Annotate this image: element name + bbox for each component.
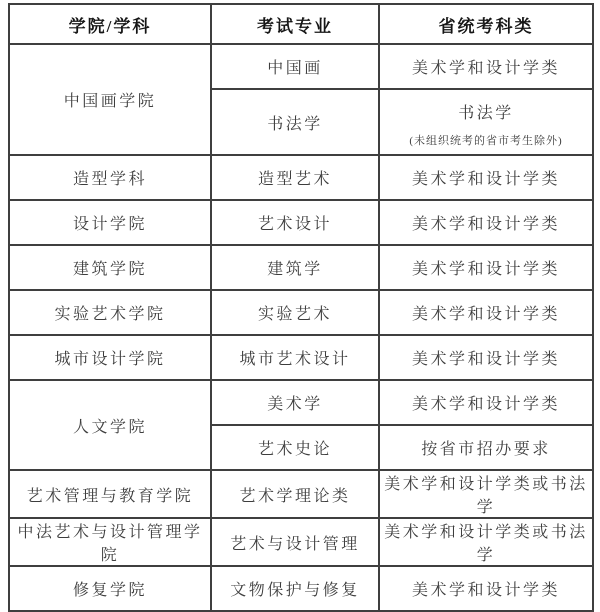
major-cell: 艺术与设计管理 — [211, 518, 379, 566]
table-row: 艺术管理与教育学院 艺术学理论类 美术学和设计学类或书法学 — [9, 470, 593, 518]
category-cell: 美术学和设计学类 — [379, 290, 593, 335]
college-cell: 中法艺术与设计管理学院 — [9, 518, 211, 566]
header-row: 学院/学科 考试专业 省统考科类 — [9, 4, 593, 44]
major-cell: 书法学 — [211, 89, 379, 155]
major-cell: 美术学 — [211, 380, 379, 425]
category-cell: 美术学和设计学类 — [379, 44, 593, 89]
college-cell: 建筑学院 — [9, 245, 211, 290]
category-cell: 按省市招办要求 — [379, 425, 593, 470]
table-row: 造型学科 造型艺术 美术学和设计学类 — [9, 155, 593, 200]
major-cell: 艺术史论 — [211, 425, 379, 470]
college-cell: 实验艺术学院 — [9, 290, 211, 335]
table-row: 实验艺术学院 实验艺术 美术学和设计学类 — [9, 290, 593, 335]
major-cell: 艺术学理论类 — [211, 470, 379, 518]
col-header-college: 学院/学科 — [9, 4, 211, 44]
table-row: 修复学院 文物保护与修复 美术学和设计学类 — [9, 566, 593, 611]
college-cell: 修复学院 — [9, 566, 211, 611]
major-cell: 文物保护与修复 — [211, 566, 379, 611]
category-cell: 美术学和设计学类 — [379, 200, 593, 245]
college-cell: 中国画学院 — [9, 44, 211, 155]
college-cell: 人文学院 — [9, 380, 211, 470]
exam-category-table: 学院/学科 考试专业 省统考科类 中国画学院 中国画 美术学和设计学类 书法学 … — [8, 3, 594, 612]
table-row: 中法艺术与设计管理学院 艺术与设计管理 美术学和设计学类或书法学 — [9, 518, 593, 566]
college-cell: 艺术管理与教育学院 — [9, 470, 211, 518]
major-cell: 中国画 — [211, 44, 379, 89]
table-row: 中国画学院 中国画 美术学和设计学类 — [9, 44, 593, 89]
category-note: (未组织统考的省市考生除外) — [384, 132, 588, 148]
table-row: 建筑学院 建筑学 美术学和设计学类 — [9, 245, 593, 290]
category-cell: 美术学和设计学类 — [379, 335, 593, 380]
major-cell: 艺术设计 — [211, 200, 379, 245]
category-cell: 书法学 (未组织统考的省市考生除外) — [379, 89, 593, 155]
category-cell: 美术学和设计学类或书法学 — [379, 470, 593, 518]
major-cell: 实验艺术 — [211, 290, 379, 335]
category-cell: 美术学和设计学类 — [379, 155, 593, 200]
major-cell: 城市艺术设计 — [211, 335, 379, 380]
category-cell: 美术学和设计学类 — [379, 566, 593, 611]
college-cell: 城市设计学院 — [9, 335, 211, 380]
category-cell: 美术学和设计学类 — [379, 245, 593, 290]
col-header-major: 考试专业 — [211, 4, 379, 44]
col-header-category: 省统考科类 — [379, 4, 593, 44]
document-page: 学院/学科 考试专业 省统考科类 中国画学院 中国画 美术学和设计学类 书法学 … — [0, 0, 600, 612]
major-cell: 造型艺术 — [211, 155, 379, 200]
table-row: 城市设计学院 城市艺术设计 美术学和设计学类 — [9, 335, 593, 380]
college-cell: 造型学科 — [9, 155, 211, 200]
major-cell: 建筑学 — [211, 245, 379, 290]
college-cell: 设计学院 — [9, 200, 211, 245]
category-cell: 美术学和设计学类 — [379, 380, 593, 425]
table-row: 设计学院 艺术设计 美术学和设计学类 — [9, 200, 593, 245]
category-cell: 美术学和设计学类或书法学 — [379, 518, 593, 566]
table-row: 人文学院 美术学 美术学和设计学类 — [9, 380, 593, 425]
category-text: 书法学 — [384, 100, 588, 123]
